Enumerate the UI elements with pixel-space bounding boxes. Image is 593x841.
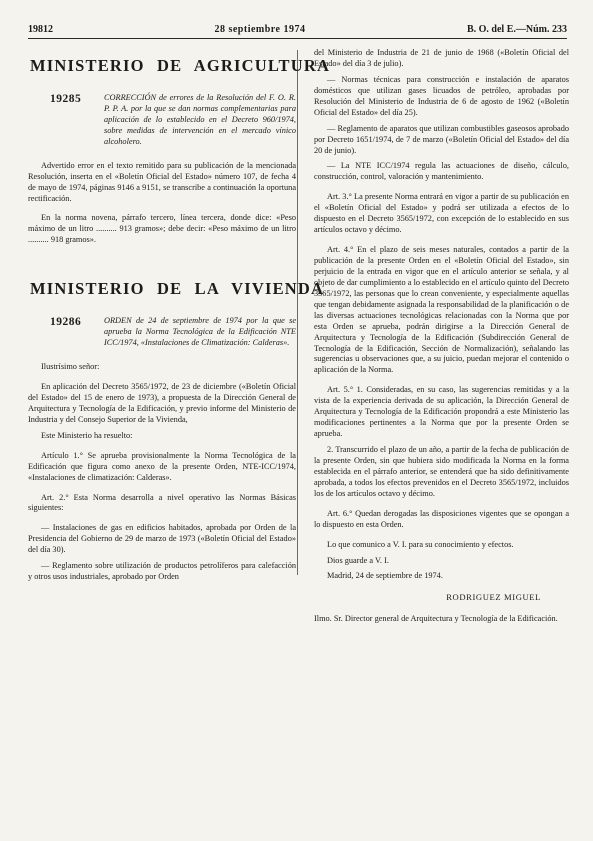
item-19286-summary: ORDEN de 24 de septiembre de 1974 por la… bbox=[104, 316, 296, 349]
item-19285-number: 19285 bbox=[28, 93, 104, 148]
header-date: 28 septiembre 1974 bbox=[214, 24, 305, 35]
paragraph-intro: En aplicación del Decreto 3565/1972, de … bbox=[28, 382, 296, 426]
boe-page: 19812 28 septiembre 1974 B. O. del E.—Nú… bbox=[0, 0, 593, 841]
paragraph-articulo-4: Art. 4.° En el plazo de seis meses natur… bbox=[314, 245, 569, 376]
paragraph-rectification: En la norma novena, párrafo tercero, lín… bbox=[28, 213, 296, 246]
ministry-agriculture-heading: MINISTERIO DE AGRICULTURA bbox=[30, 56, 296, 76]
item-19286-number: 19286 bbox=[28, 316, 104, 349]
paragraph-dash-gas: — Instalaciones de gas en edificios habi… bbox=[28, 523, 296, 556]
text-columns: MINISTERIO DE AGRICULTURA 19285 CORRECCI… bbox=[28, 48, 569, 625]
left-column: MINISTERIO DE AGRICULTURA 19285 CORRECCI… bbox=[28, 48, 304, 625]
item-19285: 19285 CORRECCIÓN de errores de la Resolu… bbox=[28, 93, 296, 148]
paragraph-articulo-5-1: Art. 5.° 1. Consideradas, en su caso, la… bbox=[314, 385, 569, 440]
right-column: del Ministerio de Industria de 21 de jun… bbox=[304, 48, 569, 625]
paragraph-dash-reglamento-gaseosos: — Reglamento de aparatos que utilizan co… bbox=[314, 124, 569, 157]
paragraph-resuelto: Este Ministerio ha resuelto: bbox=[28, 431, 296, 442]
ministry-vivienda-heading: MINISTERIO DE LA VIVIENDA bbox=[30, 279, 296, 299]
paragraph-articulo-6: Art. 6.° Quedan derogadas las disposicio… bbox=[314, 509, 569, 531]
paragraph-articulo-3: Art. 3.° La presente Norma entrará en vi… bbox=[314, 192, 569, 236]
header-issue: B. O. del E.—Núm. 233 bbox=[467, 24, 567, 35]
paragraph-salutation: Ilustrísimo señor: bbox=[28, 362, 296, 373]
paragraph-articulo-1: Artículo 1.° Se aprueba provisionalmente… bbox=[28, 451, 296, 484]
paragraph-dash-nte: — La NTE ICC/1974 regula las actuaciones… bbox=[314, 161, 569, 183]
paragraph-articulo-2: Art. 2.° Esta Norma desarrolla a nivel o… bbox=[28, 493, 296, 515]
page-header: 19812 28 septiembre 1974 B. O. del E.—Nú… bbox=[28, 24, 567, 39]
paragraph-continuation: del Ministerio de Industria de 21 de jun… bbox=[314, 48, 569, 70]
paragraph-closing-guarde: Dios guarde a V. I. bbox=[314, 556, 569, 567]
signature-name: RODRIGUEZ MIGUEL bbox=[314, 592, 569, 602]
paragraph-dash-normas-tecnicas: — Normas técnicas para construcción e in… bbox=[314, 75, 569, 119]
paragraph-closing-fecha: Madrid, 24 de septiembre de 1974. bbox=[314, 571, 569, 582]
paragraph-error-notice: Advertido error en el texto remitido par… bbox=[28, 161, 296, 205]
item-19285-summary: CORRECCIÓN de errores de la Resolución d… bbox=[104, 93, 296, 148]
item-19286: 19286 ORDEN de 24 de septiembre de 1974 … bbox=[28, 316, 296, 349]
paragraph-addressee: Ilmo. Sr. Director general de Arquitectu… bbox=[314, 614, 569, 625]
paragraph-dash-petroliferos: — Reglamento sobre utilización de produc… bbox=[28, 561, 296, 583]
paragraph-closing-comunico: Lo que comunico a V. I. para su conocimi… bbox=[314, 540, 569, 551]
page-number: 19812 bbox=[28, 24, 53, 35]
paragraph-articulo-5-2: 2. Transcurrido el plazo de un año, a pa… bbox=[314, 445, 569, 500]
